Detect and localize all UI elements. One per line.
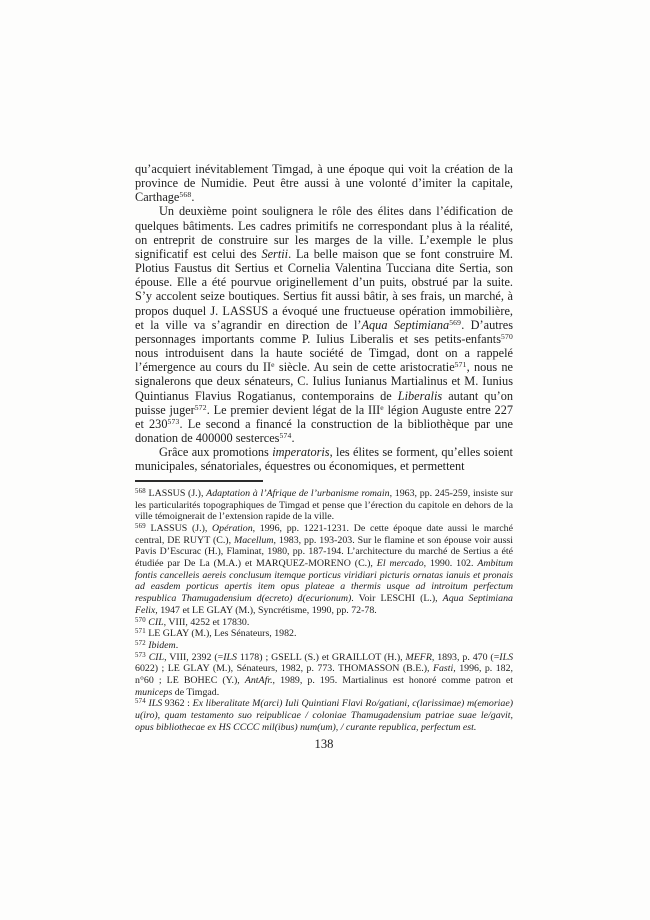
footnote: 569 LASSUS (J.), Opération, 1996, pp. 12… bbox=[135, 523, 513, 617]
text-segment: 574 bbox=[279, 431, 291, 440]
text-segment: Macellum bbox=[234, 535, 274, 546]
footnote: 573 CIL, VIII, 2392 (=ILS 1178) ; GSELL … bbox=[135, 652, 513, 699]
footnote-text: LASSUS (J.), Opération, 1996, pp. 1221-1… bbox=[135, 523, 513, 616]
text-segment: , VIII, 4252 et 17830. bbox=[164, 617, 250, 628]
text-segment: MEFR bbox=[406, 652, 432, 663]
footnote-marker: 574 bbox=[135, 698, 146, 705]
text-block: qu’acquiert inévitablement Timgad, à une… bbox=[135, 162, 513, 752]
footnote-marker: 572 bbox=[135, 640, 146, 647]
text-segment: ILS bbox=[223, 652, 237, 663]
body-paragraph: Un deuxième point soulignera le rôle des… bbox=[135, 204, 513, 445]
text-segment: AntAfr. bbox=[245, 675, 273, 686]
text-segment: LASSUS (J.), bbox=[146, 488, 206, 499]
text-segment: , VIII, 2392 (= bbox=[164, 652, 223, 663]
text-segment: Aqua Septimiana bbox=[362, 318, 450, 332]
text-segment: , 1989, p. 195. Martialinus est honoré c… bbox=[273, 675, 513, 686]
text-segment: Liberalis bbox=[398, 389, 442, 403]
text-segment: imperatoris bbox=[272, 445, 329, 459]
footnote: 570 CIL, VIII, 4252 et 17830. bbox=[135, 617, 513, 629]
text-segment: . bbox=[176, 640, 178, 651]
text-segment: 568 bbox=[179, 190, 191, 199]
text-segment: Adaptation à l’Afrique de l’urbanisme ro… bbox=[206, 488, 389, 499]
text-segment: de Timgad. bbox=[172, 687, 219, 698]
text-segment: LASSUS (J.), bbox=[146, 523, 212, 534]
text-segment: . bbox=[291, 431, 294, 445]
text-segment: siècle. Au sein de cette aristocratie bbox=[275, 360, 455, 374]
text-segment: Ex liberalitate M(arci) Iuli Quintiani F… bbox=[135, 698, 513, 732]
text-segment: , 1990. 102. bbox=[424, 558, 478, 569]
body-paragraph: qu’acquiert inévitablement Timgad, à une… bbox=[135, 162, 513, 204]
text-segment: , 1893, p. 470 (= bbox=[432, 652, 499, 663]
text-segment: 6022) ; LE GLAY (M.), Sénateurs, 1982, p… bbox=[135, 663, 433, 674]
footnotes-section: 568 LASSUS (J.), Adaptation à l’Afrique … bbox=[135, 488, 513, 734]
footnote-marker: 569 bbox=[135, 523, 146, 530]
text-segment: Grâce aux promotions bbox=[159, 445, 272, 459]
text-segment: 571 bbox=[455, 360, 467, 369]
document-page: qu’acquiert inévitablement Timgad, à une… bbox=[0, 0, 650, 920]
text-segment: LE GLAY (M.), Les Sénateurs, 1982. bbox=[146, 628, 297, 639]
text-segment: ILS bbox=[499, 652, 513, 663]
text-segment: . Le second a financé la construction de… bbox=[135, 417, 513, 445]
text-segment: 573 bbox=[167, 417, 179, 426]
text-segment: 569 bbox=[449, 318, 461, 327]
text-segment: . Voir LESCHI (L.), bbox=[351, 593, 442, 604]
text-segment: 572 bbox=[195, 403, 207, 412]
text-segment: Opération bbox=[212, 523, 253, 534]
text-segment: 1178) ; GSELL (S.) et GRAILLOT (H.), bbox=[237, 652, 406, 663]
text-segment: , 1947 et LE GLAY (M.), Syncrétisme, 199… bbox=[155, 605, 376, 616]
footnote-text: CIL, VIII, 2392 (=ILS 1178) ; GSELL (S.)… bbox=[135, 652, 513, 698]
footnote-marker: 573 bbox=[135, 652, 146, 659]
body-paragraph: Grâce aux promotions imperatoris, les él… bbox=[135, 445, 513, 473]
text-segment: Sertii bbox=[261, 247, 288, 261]
text-segment: municeps bbox=[135, 687, 172, 698]
text-segment: Ibidem bbox=[148, 640, 175, 651]
footnote-marker: 568 bbox=[135, 488, 146, 495]
text-segment: . Le premier devient légat de la III bbox=[207, 403, 381, 417]
footnote-text: LE GLAY (M.), Les Sénateurs, 1982. bbox=[146, 628, 297, 639]
text-segment: . bbox=[191, 190, 194, 204]
footnote: 568 LASSUS (J.), Adaptation à l’Afrique … bbox=[135, 488, 513, 523]
text-segment: El mercado bbox=[377, 558, 424, 569]
footnote-text: CIL, VIII, 4252 et 17830. bbox=[146, 617, 250, 628]
footnote-text: Ibidem. bbox=[146, 640, 178, 651]
text-segment: 9362 : bbox=[162, 698, 192, 709]
footnote-separator-rule bbox=[135, 480, 263, 481]
text-segment: CIL bbox=[149, 652, 164, 663]
text-segment: CIL bbox=[148, 617, 163, 628]
text-segment: Fasti bbox=[433, 663, 453, 674]
footnote: 574 ILS 9362 : Ex liberalitate M(arci) I… bbox=[135, 698, 513, 733]
footnote-text: ILS 9362 : Ex liberalitate M(arci) Iuli … bbox=[135, 698, 513, 732]
footnote: 572 Ibidem. bbox=[135, 640, 513, 652]
footnote: 571 LE GLAY (M.), Les Sénateurs, 1982. bbox=[135, 628, 513, 640]
page-number: 138 bbox=[135, 737, 513, 752]
text-segment: 570 bbox=[501, 332, 513, 341]
footnote-marker: 571 bbox=[135, 628, 146, 635]
text-segment: ILS bbox=[148, 698, 162, 709]
footnote-text: LASSUS (J.), Adaptation à l’Afrique de l… bbox=[135, 488, 513, 522]
footnote-marker: 570 bbox=[135, 617, 146, 624]
